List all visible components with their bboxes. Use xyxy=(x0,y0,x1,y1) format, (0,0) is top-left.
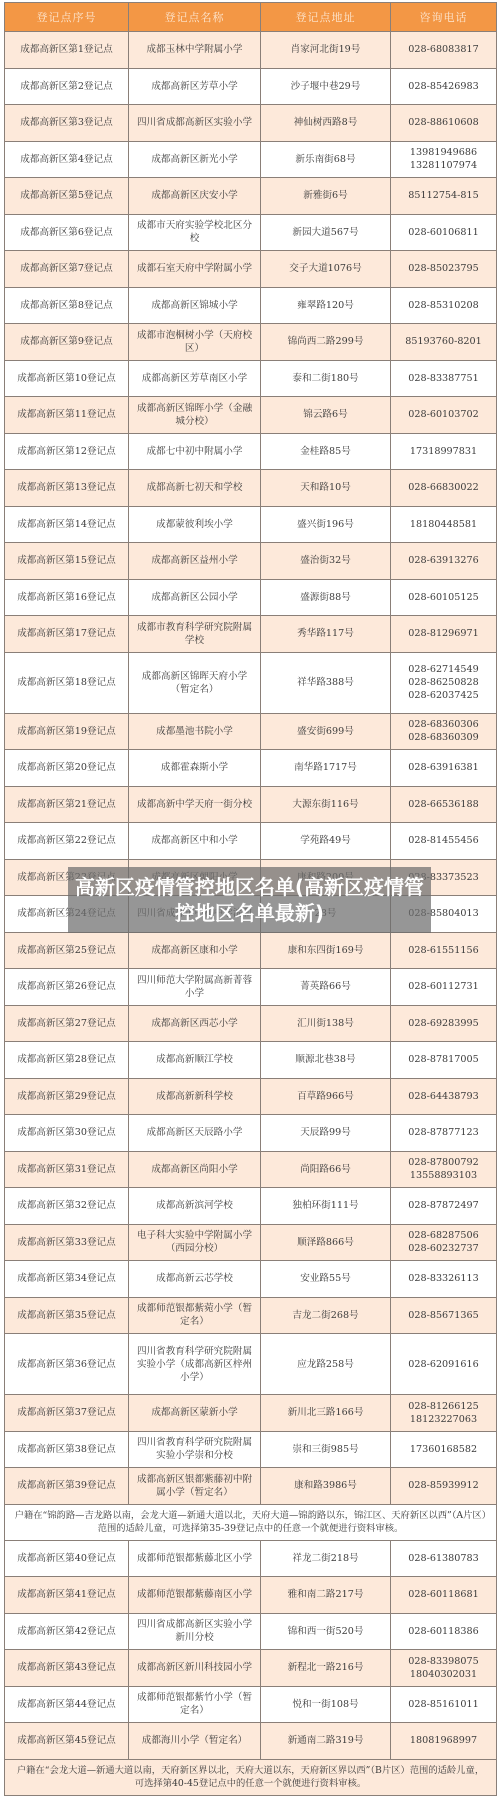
phone-cell: 028-60118386 xyxy=(391,1613,497,1650)
table-header-row: 登记点序号 登记点名称 登记点地址 咨询电话 xyxy=(5,3,497,32)
phone-number: 028-85671365 xyxy=(395,1309,492,1322)
point-address-cell: 秀华路117号 xyxy=(261,616,391,653)
point-name-cell: 成都高新区银都紫藤初中附属小学（暂定名） xyxy=(129,1468,261,1505)
point-name-cell: 成都高新滨河学校 xyxy=(129,1188,261,1225)
table-row: 成都高新区第13登记点成都高新七初天和学校天和路10号028-66830022 xyxy=(5,470,497,507)
point-name-cell: 成都师范银都紫藤北区小学 xyxy=(129,1540,261,1577)
point-address-cell: 应龙路258号 xyxy=(261,1334,391,1395)
point-number-cell: 成都高新区第15登记点 xyxy=(5,543,129,580)
table-row: 成都高新区第42登记点四川省成都高新区实验小学新川分校锦和西一街520号028-… xyxy=(5,1613,497,1650)
point-name-cell: 成都市教育科学研究院附属学校 xyxy=(129,616,261,653)
phone-cell: 028-60118681 xyxy=(391,1577,497,1614)
point-name-cell: 成都高新区庆安小学 xyxy=(129,178,261,215)
point-name-cell: 成都高新区康和小学 xyxy=(129,932,261,969)
point-name-cell: 成都高新区芳草小学 xyxy=(129,68,261,105)
phone-cell: 028-83326113 xyxy=(391,1261,497,1298)
phone-cell: 028-85671365 xyxy=(391,1297,497,1334)
point-address-cell: 神仙树西路8号 xyxy=(261,105,391,142)
point-number-cell: 成都高新区第28登记点 xyxy=(5,1042,129,1079)
point-number-cell: 成都高新区第32登记点 xyxy=(5,1188,129,1225)
point-address-cell: 泰和二街180号 xyxy=(261,360,391,397)
phone-cell: 028-85310208 xyxy=(391,287,497,324)
point-address-cell: 锦尚西二路299号 xyxy=(261,324,391,361)
phone-cell: 028-66536188 xyxy=(391,786,497,823)
point-address-cell: 学苑路49号 xyxy=(261,823,391,860)
table-row: 成都高新区第20登记点成都霍森斯小学南华路1717号028-63916381 xyxy=(5,750,497,787)
point-number-cell: 成都高新区第26登记点 xyxy=(5,969,129,1006)
phone-number: 028-85426983 xyxy=(395,80,492,93)
point-number-cell: 成都高新区第1登记点 xyxy=(5,32,129,69)
table-row: 成都高新区第34登记点成都高新云芯学校安业路55号028-83326113 xyxy=(5,1261,497,1298)
point-name-cell: 成都高新区锦晖天府小学（暂定名） xyxy=(129,652,261,713)
table-row: 成都高新区第27登记点成都高新区西芯小学汇川街138号028-69283995 xyxy=(5,1005,497,1042)
point-name-cell: 成都蒙彼利埃小学 xyxy=(129,506,261,543)
phone-number: 17360168582 xyxy=(395,1443,492,1456)
table-row: 成都高新区第39登记点成都高新区银都紫藤初中附属小学（暂定名）康和路3986号0… xyxy=(5,1468,497,1505)
point-address-cell: 安业路55号 xyxy=(261,1261,391,1298)
point-number-cell: 成都高新区第27登记点 xyxy=(5,1005,129,1042)
phone-cell: 028-85426983 xyxy=(391,68,497,105)
point-number-cell: 成都高新区第30登记点 xyxy=(5,1115,129,1152)
point-name-cell: 四川省成都高新区实验小学 xyxy=(129,105,261,142)
phone-number: 028-60103702 xyxy=(395,408,492,421)
phone-cell: 028-81296971 xyxy=(391,616,497,653)
phone-cell: 028-61551156 xyxy=(391,932,497,969)
point-number-cell: 成都高新区第39登记点 xyxy=(5,1468,129,1505)
point-name-cell: 成都霍森斯小学 xyxy=(129,750,261,787)
phone-number: 17318997831 xyxy=(395,445,492,458)
point-number-cell: 成都高新区第40登记点 xyxy=(5,1540,129,1577)
point-number-cell: 成都高新区第42登记点 xyxy=(5,1613,129,1650)
table-row: 成都高新区第19登记点成都墨池书院小学盛安街699号028-6836030602… xyxy=(5,713,497,750)
point-address-cell: 天和路10号 xyxy=(261,470,391,507)
point-address-cell: 交子大道1076号 xyxy=(261,251,391,288)
point-number-cell: 成都高新区第4登记点 xyxy=(5,141,129,178)
phone-number: 028-87872497 xyxy=(395,1199,492,1212)
point-number-cell: 成都高新区第22登记点 xyxy=(5,823,129,860)
point-number-cell: 成都高新区第18登记点 xyxy=(5,652,129,713)
phone-cell: 028-8780079213558893103 xyxy=(391,1151,497,1188)
phone-cell: 028-62714549028-86250828028-62037425 xyxy=(391,652,497,713)
point-address-cell: 肖家河北街19号 xyxy=(261,32,391,69)
point-address-cell: 新雅街6号 xyxy=(261,178,391,215)
point-name-cell: 成都高新区西芯小学 xyxy=(129,1005,261,1042)
point-number-cell: 成都高新区第13登记点 xyxy=(5,470,129,507)
phone-cell: 85112754-815 xyxy=(391,178,497,215)
point-name-cell: 成都市泡桐树小学（天府校区） xyxy=(129,324,261,361)
table-row: 成都高新区第21登记点成都高新中学天府一街分校大源东街116号028-66536… xyxy=(5,786,497,823)
phone-cell: 028-83387751 xyxy=(391,360,497,397)
phone-cell: 028-60106811 xyxy=(391,214,497,251)
point-address-cell: 盛源街88号 xyxy=(261,579,391,616)
phone-cell: 028-85939912 xyxy=(391,1468,497,1505)
point-number-cell: 成都高新区第33登记点 xyxy=(5,1224,129,1261)
table-row: 成都高新区第11登记点成都高新区锦晖小学（金融城分校）锦云路6号028-6010… xyxy=(5,397,497,434)
point-number-cell: 成都高新区第2登记点 xyxy=(5,68,129,105)
phone-number: 028-61551156 xyxy=(395,944,492,957)
phone-number: 028-81296971 xyxy=(395,627,492,640)
phone-cell: 028-68083817 xyxy=(391,32,497,69)
table-row: 成都高新区第33登记点电子科大实验中学附属小学（西园分校）顺泽路866号028-… xyxy=(5,1224,497,1261)
point-number-cell: 成都高新区第31登记点 xyxy=(5,1151,129,1188)
point-number-cell: 成都高新区第19登记点 xyxy=(5,713,129,750)
point-address-cell: 独柏环街111号 xyxy=(261,1188,391,1225)
point-name-cell: 成都高新区尚阳小学 xyxy=(129,1151,261,1188)
point-address-cell: 沙子堰中巷29号 xyxy=(261,68,391,105)
point-number-cell: 成都高新区第45登记点 xyxy=(5,1723,129,1760)
point-address-cell: 祥龙二街218号 xyxy=(261,1540,391,1577)
point-number-cell: 成都高新区第10登记点 xyxy=(5,360,129,397)
phone-number: 13981949686 xyxy=(395,146,492,159)
point-address-cell: 悦和一街108号 xyxy=(261,1686,391,1723)
phone-cell: 17318997831 xyxy=(391,433,497,470)
point-name-cell: 成都高新区益州小学 xyxy=(129,543,261,580)
point-name-cell: 电子科大实验中学附属小学（西园分校） xyxy=(129,1224,261,1261)
phone-number: 028-60118386 xyxy=(395,1625,492,1638)
point-name-cell: 成都高新区锦晖小学（金融城分校） xyxy=(129,397,261,434)
phone-cell: 028-88610608 xyxy=(391,105,497,142)
point-number-cell: 成都高新区第8登记点 xyxy=(5,287,129,324)
phone-cell: 028-60103702 xyxy=(391,397,497,434)
table-row: 成都高新区第16登记点成都高新区公园小学盛源街88号028-60105125 xyxy=(5,579,497,616)
phone-number: 028-83398075 xyxy=(395,1655,492,1668)
point-address-cell: 新通南二路319号 xyxy=(261,1723,391,1760)
table-row: 成都高新区第41登记点成都师范银都紫藤南区小学雅和南二路217号028-6011… xyxy=(5,1577,497,1614)
table-row: 成都高新区第17登记点成都市教育科学研究院附属学校秀华路117号028-8129… xyxy=(5,616,497,653)
table-row: 成都高新区第40登记点成都师范银都紫藤北区小学祥龙二街218号028-61380… xyxy=(5,1540,497,1577)
phone-number: 028-88610608 xyxy=(395,116,492,129)
point-address-cell: 顺泽路866号 xyxy=(261,1224,391,1261)
table-row: 成都高新区第14登记点成都蒙彼利埃小学盛兴街196号18180448581 xyxy=(5,506,497,543)
phone-number: 18180448581 xyxy=(395,518,492,531)
phone-cell: 18180448581 xyxy=(391,506,497,543)
table-row: 成都高新区第31登记点成都高新区尚阳小学尚阳路66号028-8780079213… xyxy=(5,1151,497,1188)
phone-number: 028-86250828 xyxy=(395,676,492,689)
phone-number: 028-81455456 xyxy=(395,834,492,847)
phone-cell: 85193760-8201 xyxy=(391,324,497,361)
phone-number: 028-62714549 xyxy=(395,663,492,676)
header-phone: 咨询电话 xyxy=(391,3,497,32)
table-row: 成都高新区第36登记点四川省教育科学研究院附属实验小学（成都高新区梓州小学）应龙… xyxy=(5,1334,497,1395)
header-point-name: 登记点名称 xyxy=(129,3,261,32)
point-name-cell: 成都高新区芳草南区小学 xyxy=(129,360,261,397)
phone-cell: 028-61380783 xyxy=(391,1540,497,1577)
phone-cell: 028-81455456 xyxy=(391,823,497,860)
phone-number: 028-85310208 xyxy=(395,299,492,312)
phone-number: 18123227063 xyxy=(395,1413,492,1426)
point-number-cell: 成都高新区第21登记点 xyxy=(5,786,129,823)
phone-cell: 028-8339807518040302031 xyxy=(391,1650,497,1687)
point-address-cell: 锦云路6号 xyxy=(261,397,391,434)
phone-number: 028-60118681 xyxy=(395,1588,492,1601)
point-name-cell: 四川师范大学附属高新菁蓉小学 xyxy=(129,969,261,1006)
phone-cell: 028-66830022 xyxy=(391,470,497,507)
point-number-cell: 成都高新区第9登记点 xyxy=(5,324,129,361)
table-row: 成都高新区第7登记点成都石室天府中学附属小学交子大道1076号028-85023… xyxy=(5,251,497,288)
point-name-cell: 成都墨池书院小学 xyxy=(129,713,261,750)
phone-cell: 028-62091616 xyxy=(391,1334,497,1395)
point-name-cell: 成都市天府实验学校北区分校 xyxy=(129,214,261,251)
point-name-cell: 成都高新区蒙新小学 xyxy=(129,1395,261,1432)
phone-number: 85112754-815 xyxy=(395,189,492,202)
point-number-cell: 成都高新区第29登记点 xyxy=(5,1078,129,1115)
point-address-cell: 新园大道567号 xyxy=(261,214,391,251)
point-address-cell: 菁英路66号 xyxy=(261,969,391,1006)
point-name-cell: 成都高新区锦城小学 xyxy=(129,287,261,324)
point-name-cell: 四川省成都高新区实验小学新川分校 xyxy=(129,1613,261,1650)
table-row: 成都高新区第30登记点成都高新区天辰路小学天辰路99号028-87877123 xyxy=(5,1115,497,1152)
table-row: 成都高新区第45登记点成都海川小学（暂定名）新通南二路319号180819689… xyxy=(5,1723,497,1760)
point-name-cell: 成都师范银都紫藤南区小学 xyxy=(129,1577,261,1614)
phone-cell: 028-8126612518123227063 xyxy=(391,1395,497,1432)
point-number-cell: 成都高新区第37登记点 xyxy=(5,1395,129,1432)
point-number-cell: 成都高新区第12登记点 xyxy=(5,433,129,470)
phone-cell: 028-63916381 xyxy=(391,750,497,787)
point-name-cell: 成都七中初中附属小学 xyxy=(129,433,261,470)
point-address-cell: 吉龙二街268号 xyxy=(261,1297,391,1334)
table-row: 成都高新区第26登记点四川师范大学附属高新菁蓉小学菁英路66号028-60112… xyxy=(5,969,497,1006)
point-name-cell: 成都高新新科学校 xyxy=(129,1078,261,1115)
point-address-cell: 汇川街138号 xyxy=(261,1005,391,1042)
phone-number: 13558893103 xyxy=(395,1169,492,1182)
phone-cell: 028-85161011 xyxy=(391,1686,497,1723)
point-address-cell: 新川北三路166号 xyxy=(261,1395,391,1432)
phone-number: 18040302031 xyxy=(395,1668,492,1681)
table-row: 成都高新区第10登记点成都高新区芳草南区小学泰和二街180号028-833877… xyxy=(5,360,497,397)
table-row: 成都高新区第43登记点成都高新区新川科技园小学新程北一路216号028-8339… xyxy=(5,1650,497,1687)
point-name-cell: 成都师范银都紫菀小学（暂定名） xyxy=(129,1297,261,1334)
point-name-cell: 成都高新云芯学校 xyxy=(129,1261,261,1298)
phone-number: 028-60106811 xyxy=(395,226,492,239)
phone-number: 028-85939912 xyxy=(395,1479,492,1492)
point-number-cell: 成都高新区第6登记点 xyxy=(5,214,129,251)
phone-number: 85193760-8201 xyxy=(395,335,492,348)
point-number-cell: 成都高新区第20登记点 xyxy=(5,750,129,787)
point-number-cell: 成都高新区第14登记点 xyxy=(5,506,129,543)
point-address-cell: 祥华路388号 xyxy=(261,652,391,713)
point-name-cell: 成都高新区新光小学 xyxy=(129,141,261,178)
point-name-cell: 成都高新区天辰路小学 xyxy=(129,1115,261,1152)
phone-number: 028-60112731 xyxy=(395,980,492,993)
phone-number: 028-62091616 xyxy=(395,1358,492,1371)
phone-cell: 028-87817005 xyxy=(391,1042,497,1079)
table-row: 成都高新区第6登记点成都市天府实验学校北区分校新园大道567号028-60106… xyxy=(5,214,497,251)
phone-number: 028-69283995 xyxy=(395,1017,492,1030)
point-number-cell: 成都高新区第3登记点 xyxy=(5,105,129,142)
point-name-cell: 成都高新区公园小学 xyxy=(129,579,261,616)
note-text: 户籍在“会龙大道—新通大道以南，天府新区界以北，天府大道以东，天府新区界以西”（… xyxy=(5,1759,497,1795)
phone-number: 028-85023795 xyxy=(395,262,492,275)
phone-number: 028-64438793 xyxy=(395,1090,492,1103)
header-point-address: 登记点地址 xyxy=(261,3,391,32)
point-number-cell: 成都高新区第11登记点 xyxy=(5,397,129,434)
point-address-cell: 雍翠路120号 xyxy=(261,287,391,324)
point-number-cell: 成都高新区第35登记点 xyxy=(5,1297,129,1334)
phone-cell: 1398194968613281107974 xyxy=(391,141,497,178)
table-row: 成都高新区第4登记点成都高新区新光小学新乐南街68号13981949686132… xyxy=(5,141,497,178)
phone-cell: 18081968997 xyxy=(391,1723,497,1760)
point-address-cell: 顺源北巷38号 xyxy=(261,1042,391,1079)
point-name-cell: 成都高新中学天府一街分校 xyxy=(129,786,261,823)
point-name-cell: 成都玉林中学附属小学 xyxy=(129,32,261,69)
table-row: 成都高新区第28登记点成都高新顺江学校顺源北巷38号028-87817005 xyxy=(5,1042,497,1079)
overlay-title: 高新区疫情管控地区名单(高新区疫情管控地区名单最新) xyxy=(68,874,431,926)
table-row: 成都高新区第5登记点成都高新区庆安小学新雅街6号85112754-815 xyxy=(5,178,497,215)
phone-number: 028-81266125 xyxy=(395,1400,492,1413)
point-address-cell: 盛兴街196号 xyxy=(261,506,391,543)
table-row: 成都高新区第1登记点成都玉林中学附属小学肖家河北街19号028-68083817 xyxy=(5,32,497,69)
phone-cell: 028-60112731 xyxy=(391,969,497,1006)
point-address-cell: 崇和三街985号 xyxy=(261,1431,391,1468)
phone-number: 028-63916381 xyxy=(395,761,492,774)
phone-number: 028-60105125 xyxy=(395,591,492,604)
phone-number: 028-66536188 xyxy=(395,798,492,811)
point-address-cell: 新乐南街68号 xyxy=(261,141,391,178)
point-address-cell: 大源东街116号 xyxy=(261,786,391,823)
phone-number: 028-83387751 xyxy=(395,372,492,385)
phone-number: 13281107974 xyxy=(395,159,492,172)
phone-number: 028-68360309 xyxy=(395,731,492,744)
phone-number: 028-83326113 xyxy=(395,1272,492,1285)
point-name-cell: 成都高新七初天和学校 xyxy=(129,470,261,507)
point-address-cell: 天辰路99号 xyxy=(261,1115,391,1152)
phone-cell: 028-60105125 xyxy=(391,579,497,616)
point-number-cell: 成都高新区第17登记点 xyxy=(5,616,129,653)
point-address-cell: 康和路3986号 xyxy=(261,1468,391,1505)
table-row: 成都高新区第15登记点成都高新区益州小学盛治街32号028-63913276 xyxy=(5,543,497,580)
phone-cell: 028-85023795 xyxy=(391,251,497,288)
phone-number: 18081968997 xyxy=(395,1734,492,1747)
table-row: 成都高新区第29登记点成都高新新科学校百草路966号028-64438793 xyxy=(5,1078,497,1115)
point-number-cell: 成都高新区第43登记点 xyxy=(5,1650,129,1687)
phone-cell: 17360168582 xyxy=(391,1431,497,1468)
point-address-cell: 百草路966号 xyxy=(261,1078,391,1115)
point-number-cell: 成都高新区第41登记点 xyxy=(5,1577,129,1614)
phone-number: 028-68360306 xyxy=(395,718,492,731)
point-address-cell: 雅和南二路217号 xyxy=(261,1577,391,1614)
title-overlay-banner: 高新区疫情管控地区名单(高新区疫情管控地区名单最新) xyxy=(68,867,431,933)
point-name-cell: 成都高新区新川科技园小学 xyxy=(129,1650,261,1687)
note-text: 户籍在“锦韵路—吉龙路以南，会龙大道—新通大道以北，天府大道—锦韵路以东，锦江区… xyxy=(5,1504,497,1540)
point-number-cell: 成都高新区第16登记点 xyxy=(5,579,129,616)
point-name-cell: 成都高新顺江学校 xyxy=(129,1042,261,1079)
phone-number: 028-68083817 xyxy=(395,43,492,56)
phone-cell: 028-69283995 xyxy=(391,1005,497,1042)
point-number-cell: 成都高新区第36登记点 xyxy=(5,1334,129,1395)
header-point-number: 登记点序号 xyxy=(5,3,129,32)
point-name-cell: 四川省教育科学研究院附属实验小学（成都高新区梓州小学） xyxy=(129,1334,261,1395)
table-row: 成都高新区第18登记点成都高新区锦晖天府小学（暂定名）祥华路388号028-62… xyxy=(5,652,497,713)
point-address-cell: 盛治街32号 xyxy=(261,543,391,580)
phone-number: 028-85161011 xyxy=(395,1698,492,1711)
phone-cell: 028-68360306028-68360309 xyxy=(391,713,497,750)
phone-number: 028-62037425 xyxy=(395,689,492,702)
phone-number: 028-87817005 xyxy=(395,1053,492,1066)
point-number-cell: 成都高新区第34登记点 xyxy=(5,1261,129,1298)
phone-number: 028-68287506 xyxy=(395,1229,492,1242)
phone-cell: 028-68287506028-60232737 xyxy=(391,1224,497,1261)
table-row: 成都高新区第22登记点成都高新区中和小学学苑路49号028-81455456 xyxy=(5,823,497,860)
table-row: 成都高新区第12登记点成都七中初中附属小学金桂路85号17318997831 xyxy=(5,433,497,470)
point-number-cell: 成都高新区第5登记点 xyxy=(5,178,129,215)
phone-number: 028-87800792 xyxy=(395,1156,492,1169)
point-name-cell: 四川省教育科学研究院附属实验小学崇和分校 xyxy=(129,1431,261,1468)
phone-number: 028-61380783 xyxy=(395,1552,492,1565)
point-name-cell: 成都高新区中和小学 xyxy=(129,823,261,860)
point-name-cell: 成都石室天府中学附属小学 xyxy=(129,251,261,288)
table-row: 成都高新区第9登记点成都市泡桐树小学（天府校区）锦尚西二路299号8519376… xyxy=(5,324,497,361)
point-number-cell: 成都高新区第38登记点 xyxy=(5,1431,129,1468)
point-address-cell: 南华路1717号 xyxy=(261,750,391,787)
point-name-cell: 成都师范银都紫竹小学（暂定名） xyxy=(129,1686,261,1723)
phone-cell: 028-63913276 xyxy=(391,543,497,580)
point-number-cell: 成都高新区第25登记点 xyxy=(5,932,129,969)
phone-number: 028-87877123 xyxy=(395,1126,492,1139)
point-address-cell: 新程北一路216号 xyxy=(261,1650,391,1687)
point-address-cell: 金桂路85号 xyxy=(261,433,391,470)
point-number-cell: 成都高新区第44登记点 xyxy=(5,1686,129,1723)
point-number-cell: 成都高新区第7登记点 xyxy=(5,251,129,288)
table-row: 成都高新区第2登记点成都高新区芳草小学沙子堰中巷29号028-85426983 xyxy=(5,68,497,105)
phone-cell: 028-64438793 xyxy=(391,1078,497,1115)
table-row: 成都高新区第44登记点成都师范银都紫竹小学（暂定名）悦和一街108号028-85… xyxy=(5,1686,497,1723)
point-address-cell: 锦和西一街520号 xyxy=(261,1613,391,1650)
phone-cell: 028-87872497 xyxy=(391,1188,497,1225)
point-address-cell: 盛安街699号 xyxy=(261,713,391,750)
table-row: 成都高新区第38登记点四川省教育科学研究院附属实验小学崇和分校崇和三街985号1… xyxy=(5,1431,497,1468)
table-row: 成都高新区第8登记点成都高新区锦城小学雍翠路120号028-85310208 xyxy=(5,287,497,324)
table-row: 成都高新区第3登记点四川省成都高新区实验小学神仙树西路8号028-8861060… xyxy=(5,105,497,142)
table-note-row: 户籍在“会龙大道—新通大道以南，天府新区界以北，天府大道以东，天府新区界以西”（… xyxy=(5,1759,497,1795)
phone-number: 028-60232737 xyxy=(395,1242,492,1255)
phone-cell: 028-87877123 xyxy=(391,1115,497,1152)
table-note-row: 户籍在“锦韵路—吉龙路以南，会龙大道—新通大道以北，天府大道—锦韵路以东，锦江区… xyxy=(5,1504,497,1540)
point-address-cell: 康和东四街169号 xyxy=(261,932,391,969)
phone-number: 028-63913276 xyxy=(395,554,492,567)
table-row: 成都高新区第35登记点成都师范银都紫菀小学（暂定名）吉龙二街268号028-85… xyxy=(5,1297,497,1334)
table-row: 成都高新区第32登记点成都高新滨河学校独柏环街111号028-87872497 xyxy=(5,1188,497,1225)
table-row: 成都高新区第25登记点成都高新区康和小学康和东四街169号028-6155115… xyxy=(5,932,497,969)
table-row: 成都高新区第37登记点成都高新区蒙新小学新川北三路166号028-8126612… xyxy=(5,1395,497,1432)
phone-number: 028-66830022 xyxy=(395,481,492,494)
point-address-cell: 尚阳路66号 xyxy=(261,1151,391,1188)
point-name-cell: 成都海川小学（暂定名） xyxy=(129,1723,261,1760)
